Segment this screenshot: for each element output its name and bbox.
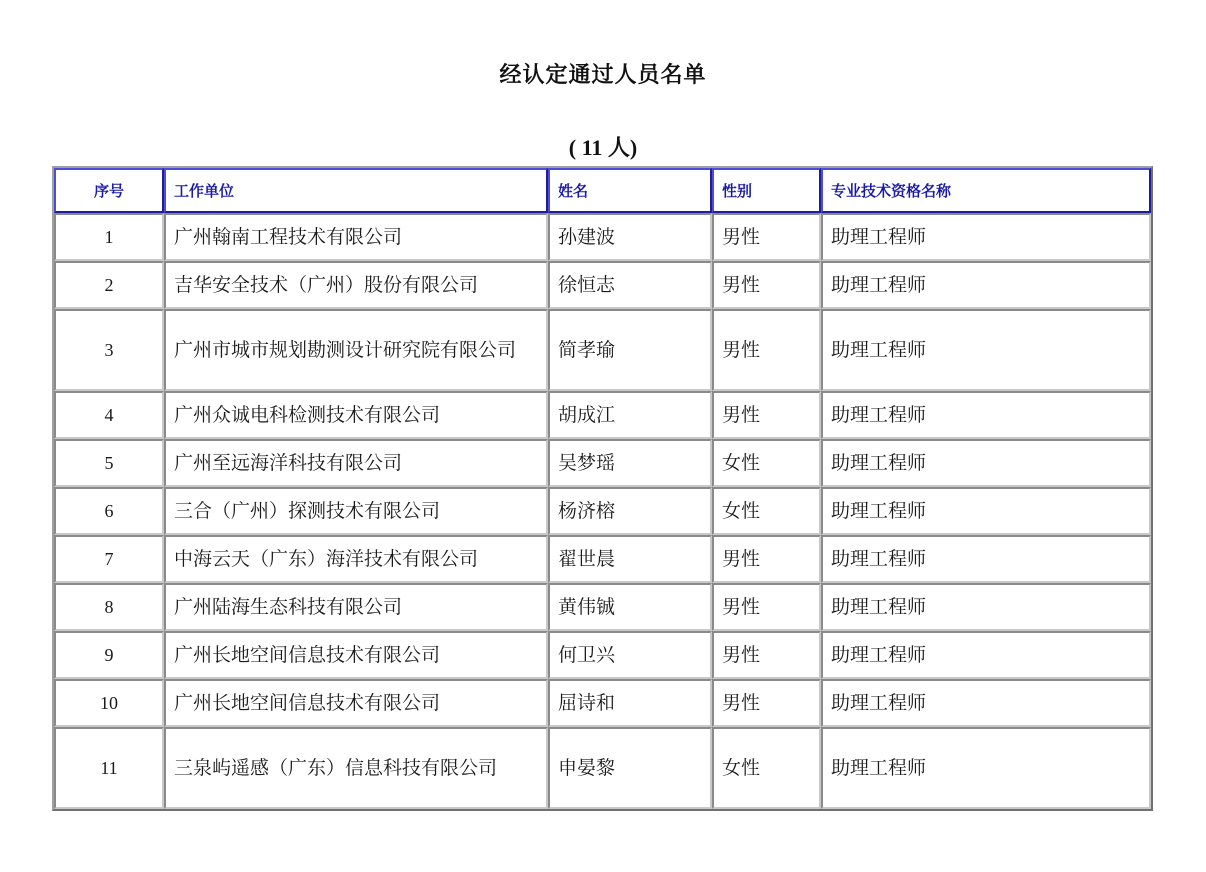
cell-seq: 1 (54, 213, 164, 261)
cell-unit: 三合（广州）探测技术有限公司 (164, 487, 548, 535)
cell-name: 翟世晨 (548, 535, 712, 583)
header-gender: 性别 (712, 168, 821, 213)
cell-gender: 男性 (712, 391, 821, 439)
cell-unit: 广州长地空间信息技术有限公司 (164, 679, 548, 727)
table-row: 1 广州翰南工程技术有限公司 孙建波 男性 助理工程师 (54, 213, 1151, 261)
cell-gender: 女性 (712, 487, 821, 535)
cell-seq: 9 (54, 631, 164, 679)
cell-seq: 4 (54, 391, 164, 439)
header-qualification: 专业技术资格名称 (821, 168, 1151, 213)
cell-unit: 吉华安全技术（广州）股份有限公司 (164, 261, 548, 309)
table-row: 9 广州长地空间信息技术有限公司 何卫兴 男性 助理工程师 (54, 631, 1151, 679)
cell-gender: 女性 (712, 439, 821, 487)
header-name: 姓名 (548, 168, 712, 213)
header-unit: 工作单位 (164, 168, 548, 213)
cell-name: 胡成江 (548, 391, 712, 439)
cell-qualification: 助理工程师 (821, 727, 1151, 809)
cell-name: 申晏黎 (548, 727, 712, 809)
cell-qualification: 助理工程师 (821, 261, 1151, 309)
cell-qualification: 助理工程师 (821, 391, 1151, 439)
cell-seq: 6 (54, 487, 164, 535)
cell-seq: 5 (54, 439, 164, 487)
cell-gender: 男性 (712, 213, 821, 261)
cell-qualification: 助理工程师 (821, 631, 1151, 679)
cell-seq: 10 (54, 679, 164, 727)
cell-qualification: 助理工程师 (821, 439, 1151, 487)
cell-qualification: 助理工程师 (821, 487, 1151, 535)
table-row: 10 广州长地空间信息技术有限公司 屈诗和 男性 助理工程师 (54, 679, 1151, 727)
cell-name: 何卫兴 (548, 631, 712, 679)
cell-unit: 广州翰南工程技术有限公司 (164, 213, 548, 261)
cell-unit: 广州陆海生态科技有限公司 (164, 583, 548, 631)
cell-seq: 7 (54, 535, 164, 583)
cell-unit: 广州长地空间信息技术有限公司 (164, 631, 548, 679)
cell-name: 徐恒志 (548, 261, 712, 309)
table-row: 2 吉华安全技术（广州）股份有限公司 徐恒志 男性 助理工程师 (54, 261, 1151, 309)
cell-unit: 三泉屿遥感（广东）信息科技有限公司 (164, 727, 548, 809)
table-row: 7 中海云天（广东）海洋技术有限公司 翟世晨 男性 助理工程师 (54, 535, 1151, 583)
page-title: 经认定通过人员名单 (0, 58, 1206, 89)
cell-name: 杨济榕 (548, 487, 712, 535)
cell-name: 吴梦瑶 (548, 439, 712, 487)
cell-qualification: 助理工程师 (821, 213, 1151, 261)
table-header-row: 序号 工作单位 姓名 性别 专业技术资格名称 (54, 168, 1151, 213)
table-row: 3 广州市城市规划勘测设计研究院有限公司 简孝瑜 男性 助理工程师 (54, 309, 1151, 391)
cell-gender: 男性 (712, 631, 821, 679)
cell-qualification: 助理工程师 (821, 679, 1151, 727)
approved-personnel-table: 序号 工作单位 姓名 性别 专业技术资格名称 1 广州翰南工程技术有限公司 孙建… (52, 166, 1153, 811)
table-row: 8 广州陆海生态科技有限公司 黄伟铖 男性 助理工程师 (54, 583, 1151, 631)
cell-gender: 男性 (712, 679, 821, 727)
cell-gender: 男性 (712, 309, 821, 391)
cell-name: 黄伟铖 (548, 583, 712, 631)
cell-unit: 广州众诚电科检测技术有限公司 (164, 391, 548, 439)
table-row: 6 三合（广州）探测技术有限公司 杨济榕 女性 助理工程师 (54, 487, 1151, 535)
header-seq: 序号 (54, 168, 164, 213)
cell-qualification: 助理工程师 (821, 309, 1151, 391)
table-row: 4 广州众诚电科检测技术有限公司 胡成江 男性 助理工程师 (54, 391, 1151, 439)
cell-gender: 男性 (712, 261, 821, 309)
cell-qualification: 助理工程师 (821, 535, 1151, 583)
cell-unit: 广州至远海洋科技有限公司 (164, 439, 548, 487)
table-row: 11 三泉屿遥感（广东）信息科技有限公司 申晏黎 女性 助理工程师 (54, 727, 1151, 809)
cell-gender: 男性 (712, 583, 821, 631)
cell-seq: 8 (54, 583, 164, 631)
cell-gender: 男性 (712, 535, 821, 583)
cell-name: 屈诗和 (548, 679, 712, 727)
cell-unit: 广州市城市规划勘测设计研究院有限公司 (164, 309, 548, 391)
cell-name: 孙建波 (548, 213, 712, 261)
cell-unit: 中海云天（广东）海洋技术有限公司 (164, 535, 548, 583)
cell-qualification: 助理工程师 (821, 583, 1151, 631)
person-count: ( 11 人) (0, 131, 1206, 162)
cell-gender: 女性 (712, 727, 821, 809)
cell-name: 简孝瑜 (548, 309, 712, 391)
table-row: 5 广州至远海洋科技有限公司 吴梦瑶 女性 助理工程师 (54, 439, 1151, 487)
cell-seq: 11 (54, 727, 164, 809)
cell-seq: 3 (54, 309, 164, 391)
cell-seq: 2 (54, 261, 164, 309)
